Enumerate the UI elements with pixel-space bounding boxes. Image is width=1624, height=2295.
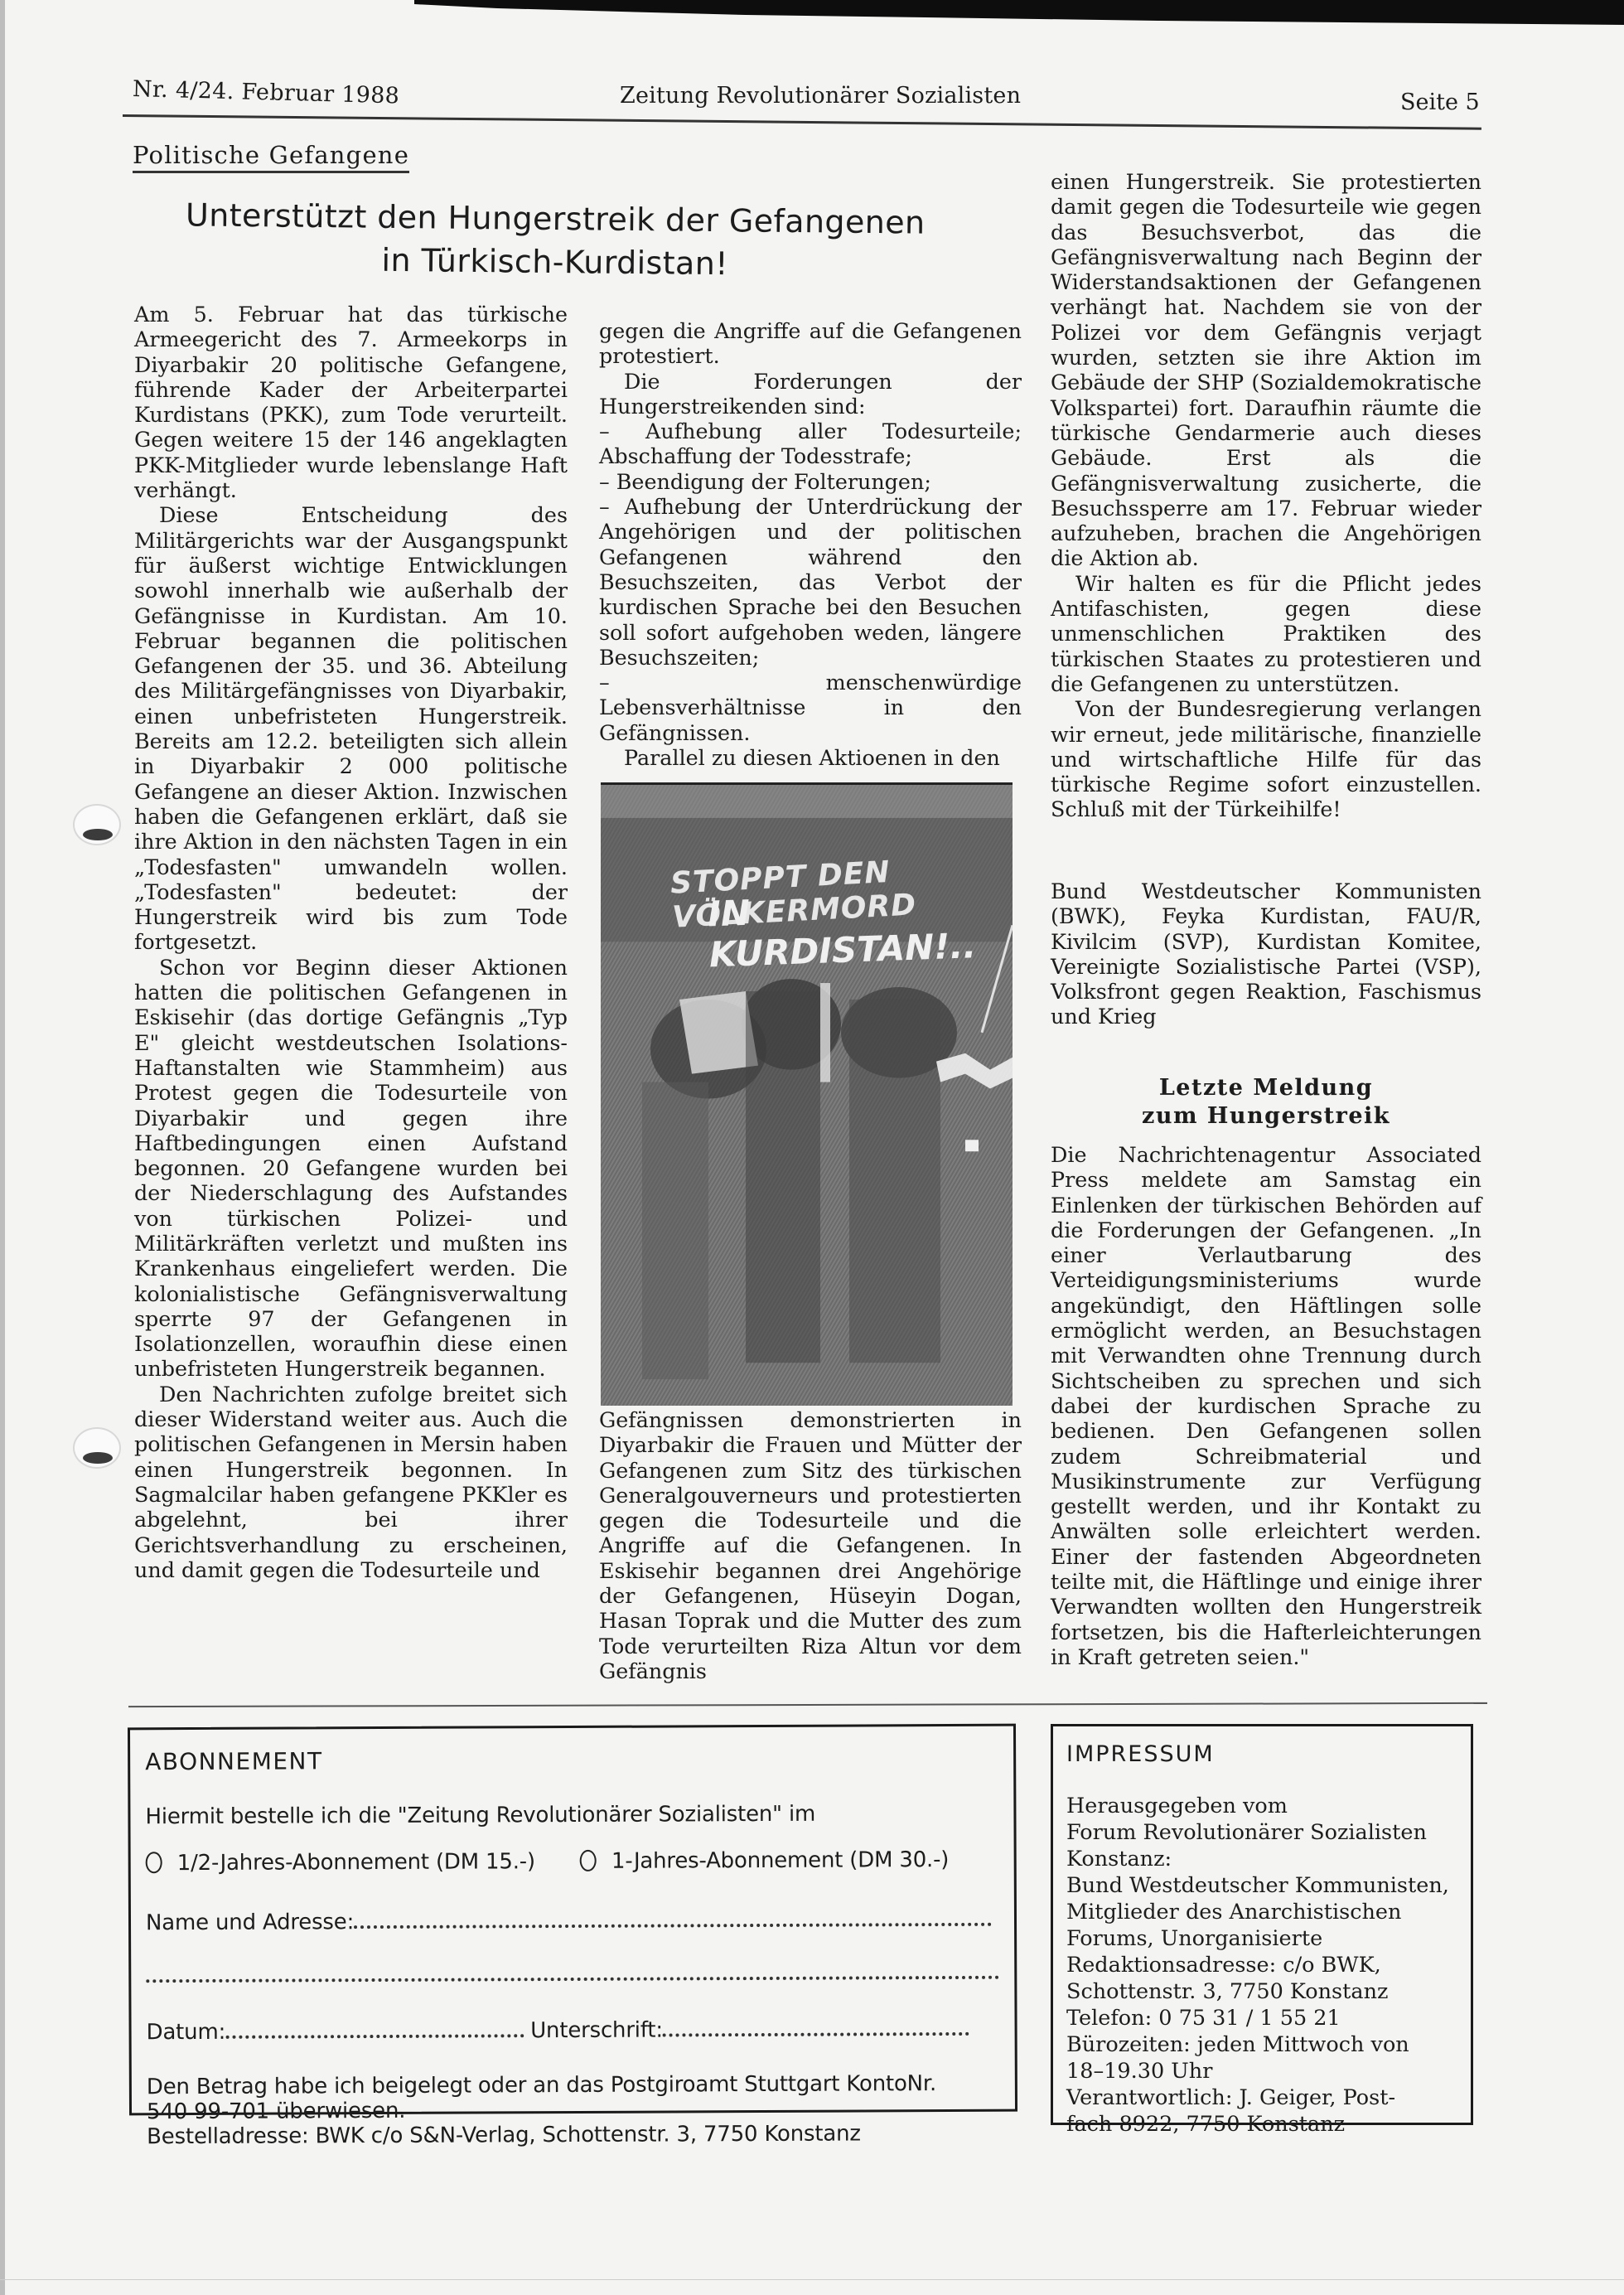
headline-line-1: Unterstützt den Hungerstreik der Gefange… <box>162 193 949 245</box>
signatories-text: Bund Westdeutscher Kommunisten (BWK), Fe… <box>1051 879 1481 1029</box>
option-label: 1/2-Jahres-Abonnement (DM 15.-) <box>177 1849 535 1876</box>
paragraph: Am 5. Februar hat das türkische Armeeger… <box>134 302 568 502</box>
headline-line-2: in Türkisch-Kurdistan! <box>161 236 948 288</box>
subscription-intro: Hiermit bestelle ich die "Zeitung Revolu… <box>145 1802 815 1830</box>
impressum-box: IMPRESSUM Herausgegeben vom Forum Revolu… <box>1051 1724 1473 2125</box>
radio-circle-icon[interactable] <box>146 1852 162 1873</box>
latest-title-line-2: zum Hungerstreik <box>1051 1102 1481 1131</box>
article-column-1: Am 5. Februar hat das türkische Armeeger… <box>134 302 568 1582</box>
date-signature-row: Datum: Unterschrift: <box>147 2017 969 2045</box>
impressum-line: fach 8922, 7750 Konstanz <box>1066 2111 1464 2138</box>
order-address: Bestelladresse: BWK c/o S&N-Verlag, Scho… <box>147 2121 1000 2149</box>
payment-line-1: Den Betrag habe ich beigelegt oder an da… <box>147 2071 1000 2099</box>
signatories: Bund Westdeutscher Kommunisten (BWK), Fe… <box>1051 879 1481 1029</box>
page-bottom-edge <box>0 2279 1624 2280</box>
impressum-line: Verantwortlich: J. Geiger, Post- <box>1066 2084 1464 2111</box>
option-half-year[interactable]: 1/2-Jahres-Abonnement (DM 15.-) <box>146 1849 535 1876</box>
impressum-line: Bund Westdeutscher Kommunisten, <box>1066 1872 1464 1899</box>
page-number: Seite 5 <box>1400 90 1480 115</box>
section-label: Politische Gefangene <box>133 141 409 173</box>
demonstration-photo: STOPPT DEN VÖLKERMORD IN KURDISTAN!.. <box>601 782 1013 1406</box>
impressum-body: Herausgegeben vom Forum Revolutionärer S… <box>1066 1793 1464 2138</box>
subscription-title: ABONNEMENT <box>145 1747 323 1775</box>
address-line[interactable] <box>146 1974 999 1983</box>
address-line-2[interactable] <box>146 1960 999 1988</box>
date-label: Datum: <box>147 2020 226 2045</box>
paragraph: Von der Bundesregierung verlangen wir er… <box>1051 696 1481 821</box>
paragraph: Parallel zu diesen Aktioenen in den <box>599 745 1022 770</box>
hole-punch <box>73 1427 121 1469</box>
subscription-form: ABONNEMENT Hiermit bestelle ich die "Zei… <box>128 1724 1017 2116</box>
paragraph: Die Nachrichtenagentur Associated Press … <box>1051 1142 1481 1669</box>
impressum-line: Bürozeiten: jeden Mittwoch von <box>1066 2031 1464 2058</box>
article-headline: Unterstützt den Hungerstreik der Gefange… <box>161 193 949 288</box>
option-label: 1-Jahres-Abonnement (DM 30.-) <box>611 1847 949 1874</box>
name-address-field[interactable]: Name und Adresse: <box>146 1907 992 1935</box>
name-address-line[interactable] <box>354 1921 992 1929</box>
section-divider <box>128 1702 1487 1707</box>
demand-item: – Aufhebung der Unterdrückung der Angehö… <box>599 494 1022 670</box>
paragraph: einen Hungerstreik. Sie protestierten da… <box>1051 169 1481 571</box>
issue-date: Nr. 4/24. Februar 1988 <box>133 76 400 109</box>
paragraph: Schon vor Beginn dieser Aktionen hatten … <box>134 955 568 1382</box>
impressum-line: Schottenstr. 3, 7750 Konstanz <box>1066 1978 1464 2005</box>
option-full-year[interactable]: 1-Jahres-Abonnement (DM 30.-) <box>580 1847 949 1874</box>
latest-news-body: Die Nachrichtenagentur Associated Press … <box>1051 1142 1481 1669</box>
impressum-line: Forum Revolutionärer Sozialisten <box>1066 1819 1464 1846</box>
header-rule <box>123 114 1481 130</box>
signature-line[interactable] <box>663 2031 969 2037</box>
impressum-line: Telefon: 0 75 31 / 1 55 21 <box>1066 2005 1464 2031</box>
date-line[interactable] <box>225 2032 524 2039</box>
paragraph: gegen die Angriffe auf die Gefangenen pr… <box>599 318 1022 369</box>
payment-info: Den Betrag habe ich beigelegt oder an da… <box>147 2071 1000 2149</box>
paragraph: Gefängnissen demonstrierten in Diyarbaki… <box>599 1407 1022 1683</box>
paragraph: Den Nachrichten zufolge breitet sich die… <box>134 1382 568 1582</box>
latest-news-heading: Letzte Meldung zum Hungerstreik <box>1051 1074 1481 1131</box>
demand-item: – menschenwürdige Lebensverhältnisse in … <box>599 670 1022 745</box>
payment-line-2: 540 99-701 überwiesen. <box>147 2096 1000 2124</box>
subscription-options: 1/2-Jahres-Abonnement (DM 15.-) 1-Jahres… <box>146 1847 988 1876</box>
impressum-line: Konstanz: <box>1066 1846 1464 1872</box>
impressum-title: IMPRESSUM <box>1066 1741 1215 1767</box>
paragraph: Die Forderungen der Hungerstreikenden si… <box>599 369 1022 419</box>
hole-punch <box>73 804 121 845</box>
signature-label: Unterschrift: <box>530 2018 663 2044</box>
article-column-3: einen Hungerstreik. Sie protestierten da… <box>1051 169 1481 822</box>
newspaper-page: Nr. 4/24. Februar 1988 Zeitung Revolutio… <box>0 0 1624 2295</box>
impressum-line: Mitglieder des Anarchistischen <box>1066 1899 1464 1925</box>
impressum-line: Redaktionsadresse: c/o BWK, <box>1066 1952 1464 1978</box>
latest-title-line-1: Letzte Meldung <box>1051 1074 1481 1102</box>
radio-circle-icon[interactable] <box>580 1850 597 1871</box>
impressum-line: Herausgegeben vom <box>1066 1793 1464 1819</box>
paragraph: Wir halten es für die Pflicht jedes Anti… <box>1051 571 1481 696</box>
paragraph: Diese Entscheidung des Militärgerichts w… <box>134 502 568 954</box>
impressum-line: 18–19.30 Uhr <box>1066 2058 1464 2084</box>
impressum-line: Forums, Unorganisierte <box>1066 1925 1464 1952</box>
article-column-2: gegen die Angriffe auf die Gefangenen pr… <box>599 318 1022 770</box>
demand-item: – Aufhebung aller Todesurteile; Abschaff… <box>599 419 1022 469</box>
demand-item: – Beendigung der Folterungen; <box>599 469 1022 494</box>
article-column-2-continued: Gefängnissen demonstrierten in Diyarbaki… <box>599 1407 1022 1683</box>
newspaper-title: Zeitung Revolutionärer Sozialisten <box>620 83 1021 109</box>
banner-text: IN KURDISTAN!.. <box>707 884 1013 976</box>
name-address-label: Name und Adresse: <box>146 1910 354 1935</box>
